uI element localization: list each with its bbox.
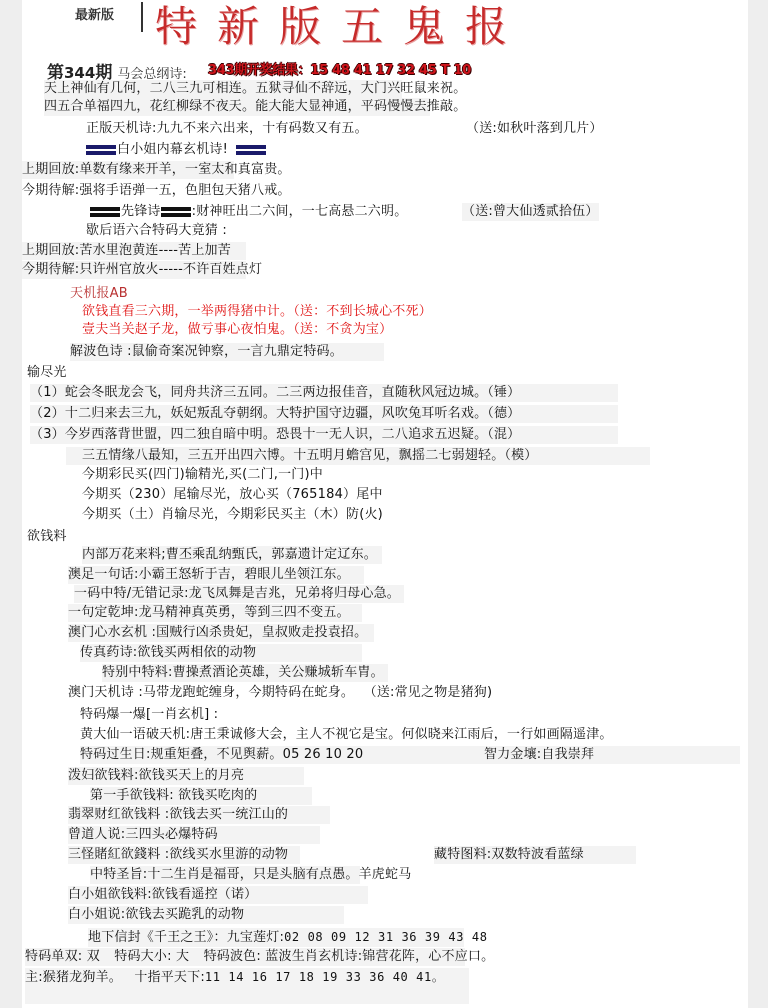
riddle-1: （1）蛇会冬眠龙会飞，同舟共济三五同。二三两边报佳音，直随秋风冠边城。（锤） <box>30 384 618 402</box>
yuqian-item-3: 一句定乾坤:龙马精神真英勇，等到三四不变五。 <box>68 604 362 622</box>
tianjibao-line-2: 壹夫当关赵子龙，做亏事心夜怕鬼。（送：不贪为宝） <box>82 321 392 339</box>
yuqian-item-18: 白小姐说:欲钱去买跪乳的动物 <box>68 906 344 924</box>
riddle-3: （3）今岁西落背世盟，四二独自暗中明。恐畏十一无人识，二八追求五迟疑。（混） <box>30 426 618 444</box>
yuqian-item-1: 澳足一句话:小霸王怒斩于吉，碧眼儿坐领江东。 <box>68 566 364 584</box>
shujinguang-heading: 输尽光 <box>27 364 67 382</box>
await-1: 今期待解:强将手语弹一五，色胆包天猪八戒。 <box>22 182 291 200</box>
yuqian-item-2: 一码中特/无错记录:龙飞凤舞是吉兆，兄弟将归母心急。 <box>74 585 404 603</box>
tianjibao-line-1: 欲钱直看三六期，一举两得猪中计。（送：不到长城心不死） <box>82 303 432 321</box>
double-bar-icon <box>161 206 191 218</box>
yuqian-item-7: 澳门天机诗 :马带龙跑蛇缠身，今期特码在蛇身。（送:常见之物是猪狗) <box>68 684 492 702</box>
header-divider <box>141 2 143 32</box>
yuqian-item-8: 特码爆一爆[一肖玄机] : <box>80 706 218 724</box>
yuqian-item-5: 传真药诗:欲钱买两相依的动物 <box>80 644 362 662</box>
intro-poem-line-1: 天上神仙有几何，二八三九可相连。五狱寻仙不辞远，大门兴旺鼠来祝。 <box>44 80 402 98</box>
review-2: 上期回放:苦水里泡黄连----苦上加苦 <box>22 242 246 260</box>
draw-result: 343期开奖结果：15 48 41 17 32 45 T 10 <box>208 59 471 78</box>
summary-line-1: 特码单双: 双 特码大小: 大 特码波色: 蓝波生肖玄机诗:锦营花阵，心不应口。 <box>25 948 465 966</box>
yuqian-item-17: 白小姐欲钱料:欲钱看遥控（诺） <box>68 886 368 904</box>
review-1: 上期回放:单数有缘来开羊，一室太和真富贵。 <box>22 161 234 179</box>
zhili-jinrang: 智力金壤:自我崇拜 <box>484 746 594 764</box>
page-title: 特新版五鬼报 <box>155 2 527 52</box>
yuqian-item-6: 特别中特料:曹操煮酒论英雄，关公赚城斩车胄。 <box>102 664 388 682</box>
riddle-2: （2）十二归来去三九，妖妃叛乱夺朝纲。大特护国守边疆，风吹兔耳听名戏。（德） <box>30 405 618 423</box>
yuqian-item-0: 内部万花来料;曹丕乘乱纳甄氏，郭嘉遗计定辽东。 <box>82 546 382 564</box>
xiehouyu-heading: 歇后语六合特码大竟猜 : <box>86 222 227 240</box>
yuqian-item-14: 曾道人说:三四头必爆特码 <box>68 826 320 844</box>
yuqian-item-13: 翡翠财红欲钱料 :欲钱去买一统江山的 <box>68 806 330 824</box>
yuqian-item-11: 泼妇欲钱料:欲钱买天上的月亮 <box>68 767 304 785</box>
latest-edition-label: 最新版 <box>75 4 114 23</box>
xianfeng-gift: （送:曾大仙透贰拾伍） <box>462 203 599 221</box>
zhengban-poem: 正版天机诗:九九不来六出来，十有码数又有五。 <box>86 120 368 138</box>
yuqianliao-heading: 欲钱料 <box>27 528 67 546</box>
buy-line-2: 今期买（230）尾输尽光，放心买（765184）尾中 <box>82 486 383 504</box>
double-bar-icon <box>236 144 266 156</box>
zhengban-gift: （送:如秋叶落到几片） <box>466 120 603 138</box>
xianfeng-poem: 先锋诗:财神旺出二六间，一七高悬二六明。 <box>90 203 407 221</box>
zangte-tuliao: 藏特图料:双数特波看蓝绿 <box>434 846 636 864</box>
yuqian-item-15: 三怪賭紅欲錢料 :欲线买水里游的动物 藏特图料:双数特波看蓝绿 <box>68 846 688 864</box>
tianjibao-heading: 天机报AB <box>70 285 128 303</box>
page: 最新版 特新版五鬼报 第344期 马会总纲诗: 343期开奖结果：15 48 4… <box>22 0 748 1008</box>
double-bar-icon <box>86 144 116 156</box>
dixia-xinfeng: 地下信封《千王之王》：九宝莲灯:02 08 09 12 31 36 39 43 … <box>88 928 464 947</box>
baixiaojie-heading: 白小姐内幕玄机诗! <box>86 141 267 159</box>
buy-line-1: 今期彩民买(四门)输精光,买(二门,一门)中 <box>82 466 323 484</box>
yuqian-item-4: 澳门心水玄机 :国贼行凶杀贵妃，皇叔败走投袁招。 <box>68 624 374 642</box>
yuqian-item-10: 特码过生日:规重矩叠，不见舆薪。05 26 10 20 智力金壤:自我崇拜 <box>80 746 740 764</box>
jiebose-poem: 解波色诗 :鼠偷奇案况钟察，一言九鼎定特码。 <box>70 343 384 361</box>
buy-line-3: 今期买（土）肖输尽光，今期彩民买主（木）防(火) <box>82 506 383 524</box>
double-bar-icon <box>90 206 120 218</box>
intro-poem-line-2: 四五合单福四九，花红柳绿不夜天。能大能大显神通，平码慢慢去推敲。 <box>44 98 430 116</box>
await-2: 今期待解:只许州官放火-----不许百姓点灯 <box>22 261 246 279</box>
yuqian-item-16: 中特圣旨:十二生肖是福哥，只是头脑有点愚。羊虎蛇马 <box>90 866 360 884</box>
summary-line-2: 主:猴猪龙狗羊。 十指平天下:11 14 16 17 18 19 33 36 4… <box>25 968 469 1004</box>
yuqian-item-9: 黄大仙一语破天机:唐王秉诚修大会，主人不视它是宝。何似晓来江雨后，一行如画隔遥津… <box>80 726 613 744</box>
riddle-4: 三五情缘八最知，三五开出四六博。十五明月蟾宫见，飘摇二七弱翅轻。（模） <box>66 447 650 465</box>
yuqian-item-12: 第一手欲钱料: 欲钱买吃肉的 <box>90 787 312 805</box>
